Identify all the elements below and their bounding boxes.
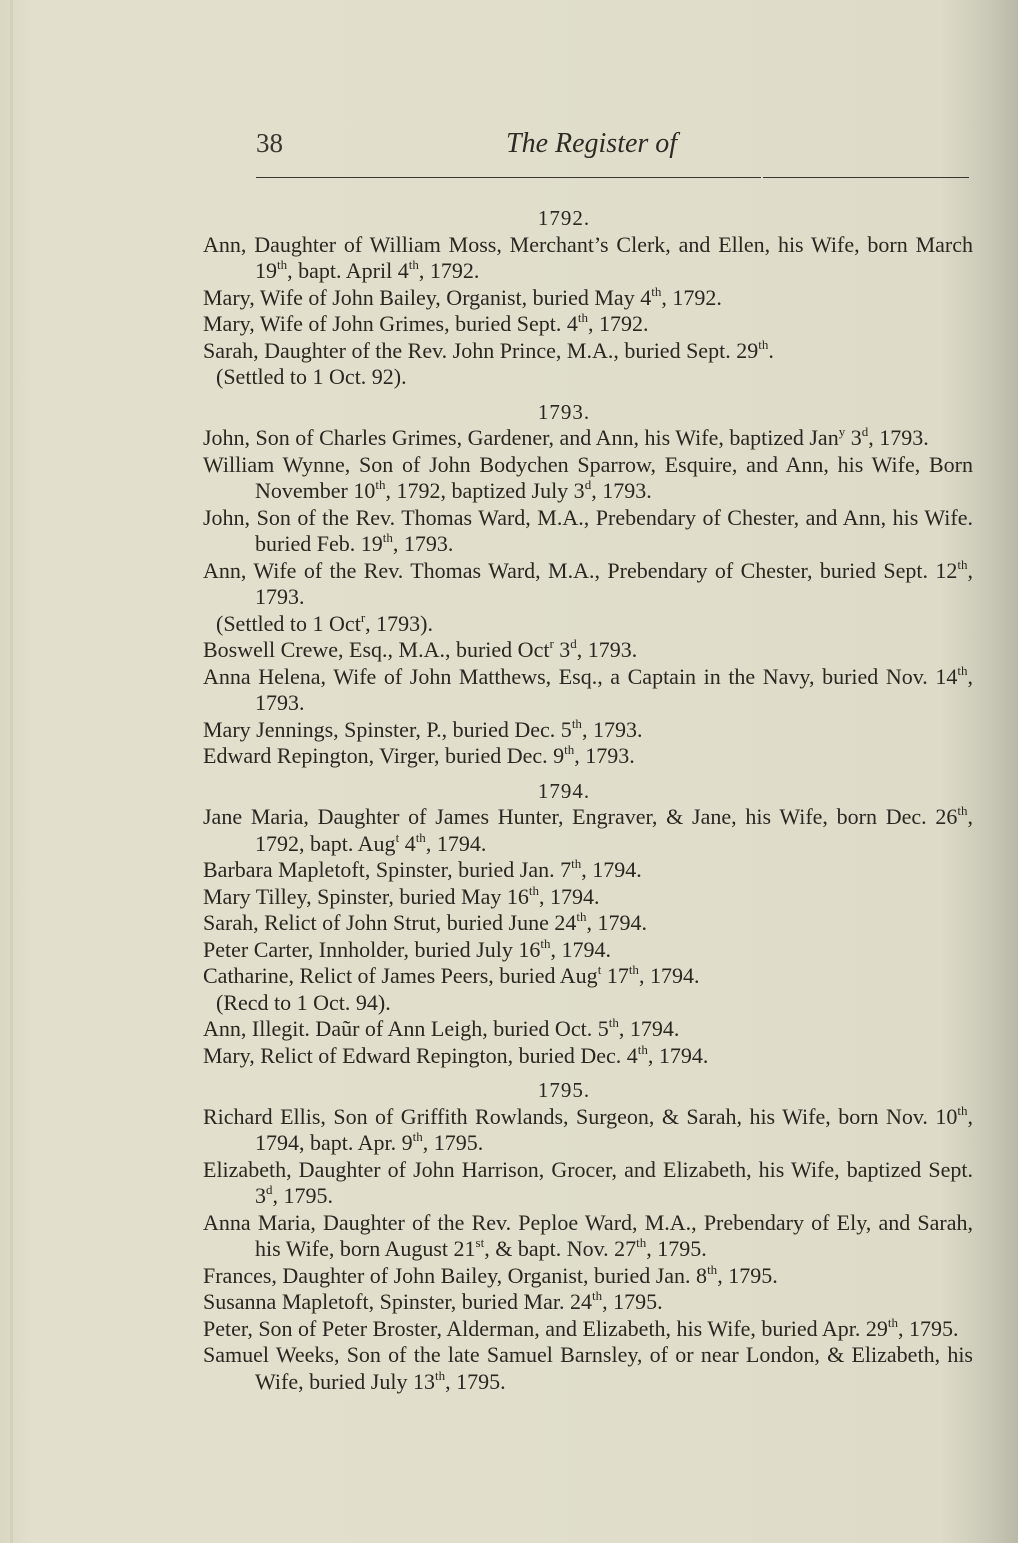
running-title: The Register of <box>506 128 677 160</box>
register-entry: Sarah, Relict of John Strut, buried June… <box>203 910 973 937</box>
year-section: 1794.Jane Maria, Daughter of James Hunte… <box>203 778 973 1078</box>
year-heading: 1794. <box>155 778 973 805</box>
year-heading: 1793. <box>155 399 973 426</box>
register-body: 1792.Ann, Daughter of William Moss, Merc… <box>203 205 973 1395</box>
register-entry: Anna Maria, Daughter of the Rev. Peploe … <box>203 1210 973 1263</box>
register-entry: Susanna Mapletoft, Spinster, buried Mar.… <box>203 1289 973 1316</box>
register-entry: Jane Maria, Daughter of James Hunter, En… <box>203 804 973 857</box>
settlement-note: (Settled to 1 Oct. 92). <box>203 364 973 391</box>
section-gap <box>203 391 973 399</box>
register-entry: Samuel Weeks, Son of the late Samuel Bar… <box>203 1342 973 1395</box>
register-entry: Ann, Illegit. Daũr of Ann Leigh, buried … <box>203 1016 973 1043</box>
year-heading: 1792. <box>155 205 973 232</box>
register-entry: Barbara Mapletoft, Spinster, buried Jan.… <box>203 857 973 884</box>
section-gap <box>203 770 973 778</box>
header-rule <box>763 177 969 178</box>
register-entry: Mary, Wife of John Bailey, Organist, bur… <box>203 285 973 312</box>
section-gap <box>203 1069 973 1077</box>
register-entry: Ann, Daughter of William Moss, Merchant’… <box>203 232 973 285</box>
page-header: 38 The Register of <box>256 128 971 168</box>
register-entry: Boswell Crewe, Esq., M.A., buried Octr 3… <box>203 637 973 664</box>
register-entry: John, Son of Charles Grimes, Gardener, a… <box>203 425 973 452</box>
register-entry: Catharine, Relict of James Peers, buried… <box>203 963 973 990</box>
year-heading: 1795. <box>155 1077 973 1104</box>
header-rule <box>256 177 761 178</box>
year-section: 1793.John, Son of Charles Grimes, Garden… <box>203 399 973 778</box>
register-entry: Ann, Wife of the Rev. Thomas Ward, M.A.,… <box>203 558 973 611</box>
page-edge <box>10 0 13 1543</box>
register-entry: Mary Jennings, Spinster, P., buried Dec.… <box>203 717 973 744</box>
page-number: 38 <box>256 128 283 159</box>
settlement-note: (Settled to 1 Octr, 1793). <box>203 611 973 638</box>
register-entry: Peter, Son of Peter Broster, Alderman, a… <box>203 1316 973 1343</box>
register-entry: Mary, Relict of Edward Repington, buried… <box>203 1043 973 1070</box>
register-entry: Sarah, Daughter of the Rev. John Prince,… <box>203 338 973 365</box>
register-entry: Richard Ellis, Son of Griffith Rowlands,… <box>203 1104 973 1157</box>
register-entry: Peter Carter, Innholder, buried July 16t… <box>203 937 973 964</box>
register-entry: Edward Repington, Virger, buried Dec. 9t… <box>203 743 973 770</box>
register-entry: Elizabeth, Daughter of John Harrison, Gr… <box>203 1157 973 1210</box>
register-entry: Mary, Wife of John Grimes, buried Sept. … <box>203 311 973 338</box>
settlement-note: (Recd to 1 Oct. 94). <box>203 990 973 1017</box>
register-entry: John, Son of the Rev. Thomas Ward, M.A.,… <box>203 505 973 558</box>
year-section: 1792.Ann, Daughter of William Moss, Merc… <box>203 205 973 399</box>
register-entry: Anna Helena, Wife of John Matthews, Esq.… <box>203 664 973 717</box>
register-entry: Mary Tilley, Spinster, buried May 16th, … <box>203 884 973 911</box>
register-entry: William Wynne, Son of John Bodychen Spar… <box>203 452 973 505</box>
register-entry: Frances, Daughter of John Bailey, Organi… <box>203 1263 973 1290</box>
year-section: 1795.Richard Ellis, Son of Griffith Rowl… <box>203 1077 973 1395</box>
